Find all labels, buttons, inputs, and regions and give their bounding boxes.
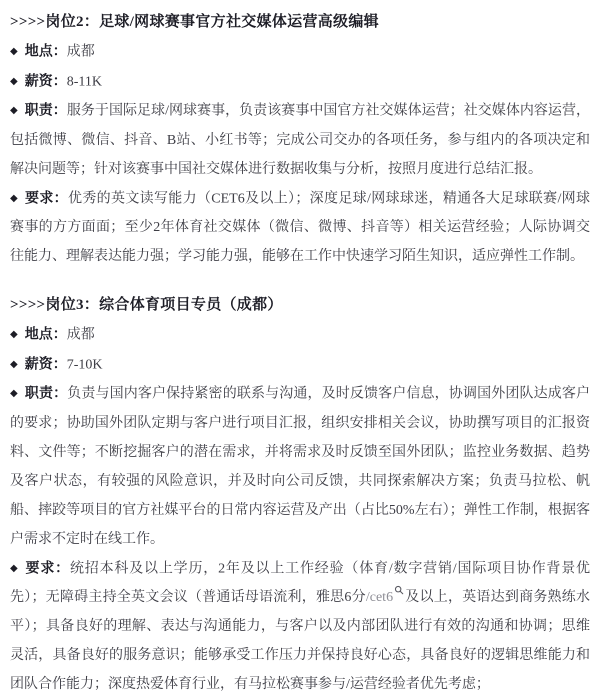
diamond-bullet-icon: ◆	[10, 67, 18, 96]
requirements-text-post: 及以上，英语达到商务熟练水平）；具备良好的理解、表达与沟通能力，与客户以及内部团…	[10, 590, 590, 692]
job2-location-row: ◆地点：成都	[10, 37, 590, 67]
requirements-label: 要求：	[25, 561, 70, 576]
location-value: 成都	[67, 45, 95, 60]
cet6-link-text[interactable]: /cet6	[366, 590, 393, 605]
diamond-bullet-icon: ◆	[10, 379, 18, 408]
job3-location-row: ◆地点：成都	[10, 320, 590, 350]
job2-title: >>>>岗位2：足球/网球赛事官方社交媒体运营高级编辑	[10, 8, 590, 37]
salary-label: 薪资：	[25, 74, 67, 89]
search-icon[interactable]	[394, 585, 404, 595]
diamond-bullet-icon: ◆	[10, 320, 18, 349]
salary-value: 7-10K	[67, 357, 103, 372]
location-label: 地点：	[25, 328, 67, 343]
diamond-bullet-icon: ◆	[10, 37, 18, 66]
job3-duties-paragraph: ◆职责：负责与国内客户保持紧密的联系与沟通，及时反馈客户信息，协调国外团队达成客…	[10, 379, 590, 554]
salary-value: 8-11K	[67, 74, 102, 89]
duties-label: 职责：	[25, 104, 67, 119]
duties-text: 负责与国内客户保持紧密的联系与沟通，及时反馈客户信息，协调国外团队达成客户的要求…	[10, 387, 590, 547]
duties-label: 职责：	[25, 387, 68, 402]
location-label: 地点：	[25, 45, 67, 60]
location-value: 成都	[67, 328, 95, 343]
job2-salary-row: ◆薪资：8-11K	[10, 67, 590, 97]
job2-duties-paragraph: ◆职责：服务于国际足球/网球赛事，负责该赛事中国官方社交媒体运营；社交媒体内容运…	[10, 96, 590, 184]
diamond-bullet-icon: ◆	[10, 554, 18, 583]
job-section-2: >>>>岗位2：足球/网球赛事官方社交媒体运营高级编辑 ◆地点：成都 ◆薪资：8…	[10, 8, 590, 271]
requirements-text: 优秀的英文读写能力（CET6及以上）；深度足球/网球球迷，精通各大足球联赛/网球…	[10, 191, 590, 264]
job3-title: >>>>岗位3：综合体育项目专员（成都）	[10, 291, 590, 320]
job-posting-document: >>>>岗位2：足球/网球赛事官方社交媒体运营高级编辑 ◆地点：成都 ◆薪资：8…	[0, 0, 600, 692]
salary-label: 薪资：	[25, 357, 67, 372]
job-section-3: >>>>岗位3：综合体育项目专员（成都） ◆地点：成都 ◆薪资：7-10K ◆职…	[10, 291, 590, 692]
duties-text: 服务于国际足球/网球赛事，负责该赛事中国官方社交媒体运营；社交媒体内容运营，包括…	[10, 104, 590, 177]
job3-salary-row: ◆薪资：7-10K	[10, 350, 590, 380]
diamond-bullet-icon: ◆	[10, 350, 18, 379]
requirements-label: 要求：	[25, 191, 68, 206]
job3-requirements-paragraph: ◆要求：统招本科及以上学历，2年及以上工作经验（体育/数字营销/国际项目协作背景…	[10, 554, 590, 692]
diamond-bullet-icon: ◆	[10, 184, 18, 213]
cet6-search-link[interactable]: /cet6	[366, 590, 405, 605]
diamond-bullet-icon: ◆	[10, 96, 18, 125]
job2-requirements-paragraph: ◆要求：优秀的英文读写能力（CET6及以上）；深度足球/网球球迷，精通各大足球联…	[10, 184, 590, 272]
